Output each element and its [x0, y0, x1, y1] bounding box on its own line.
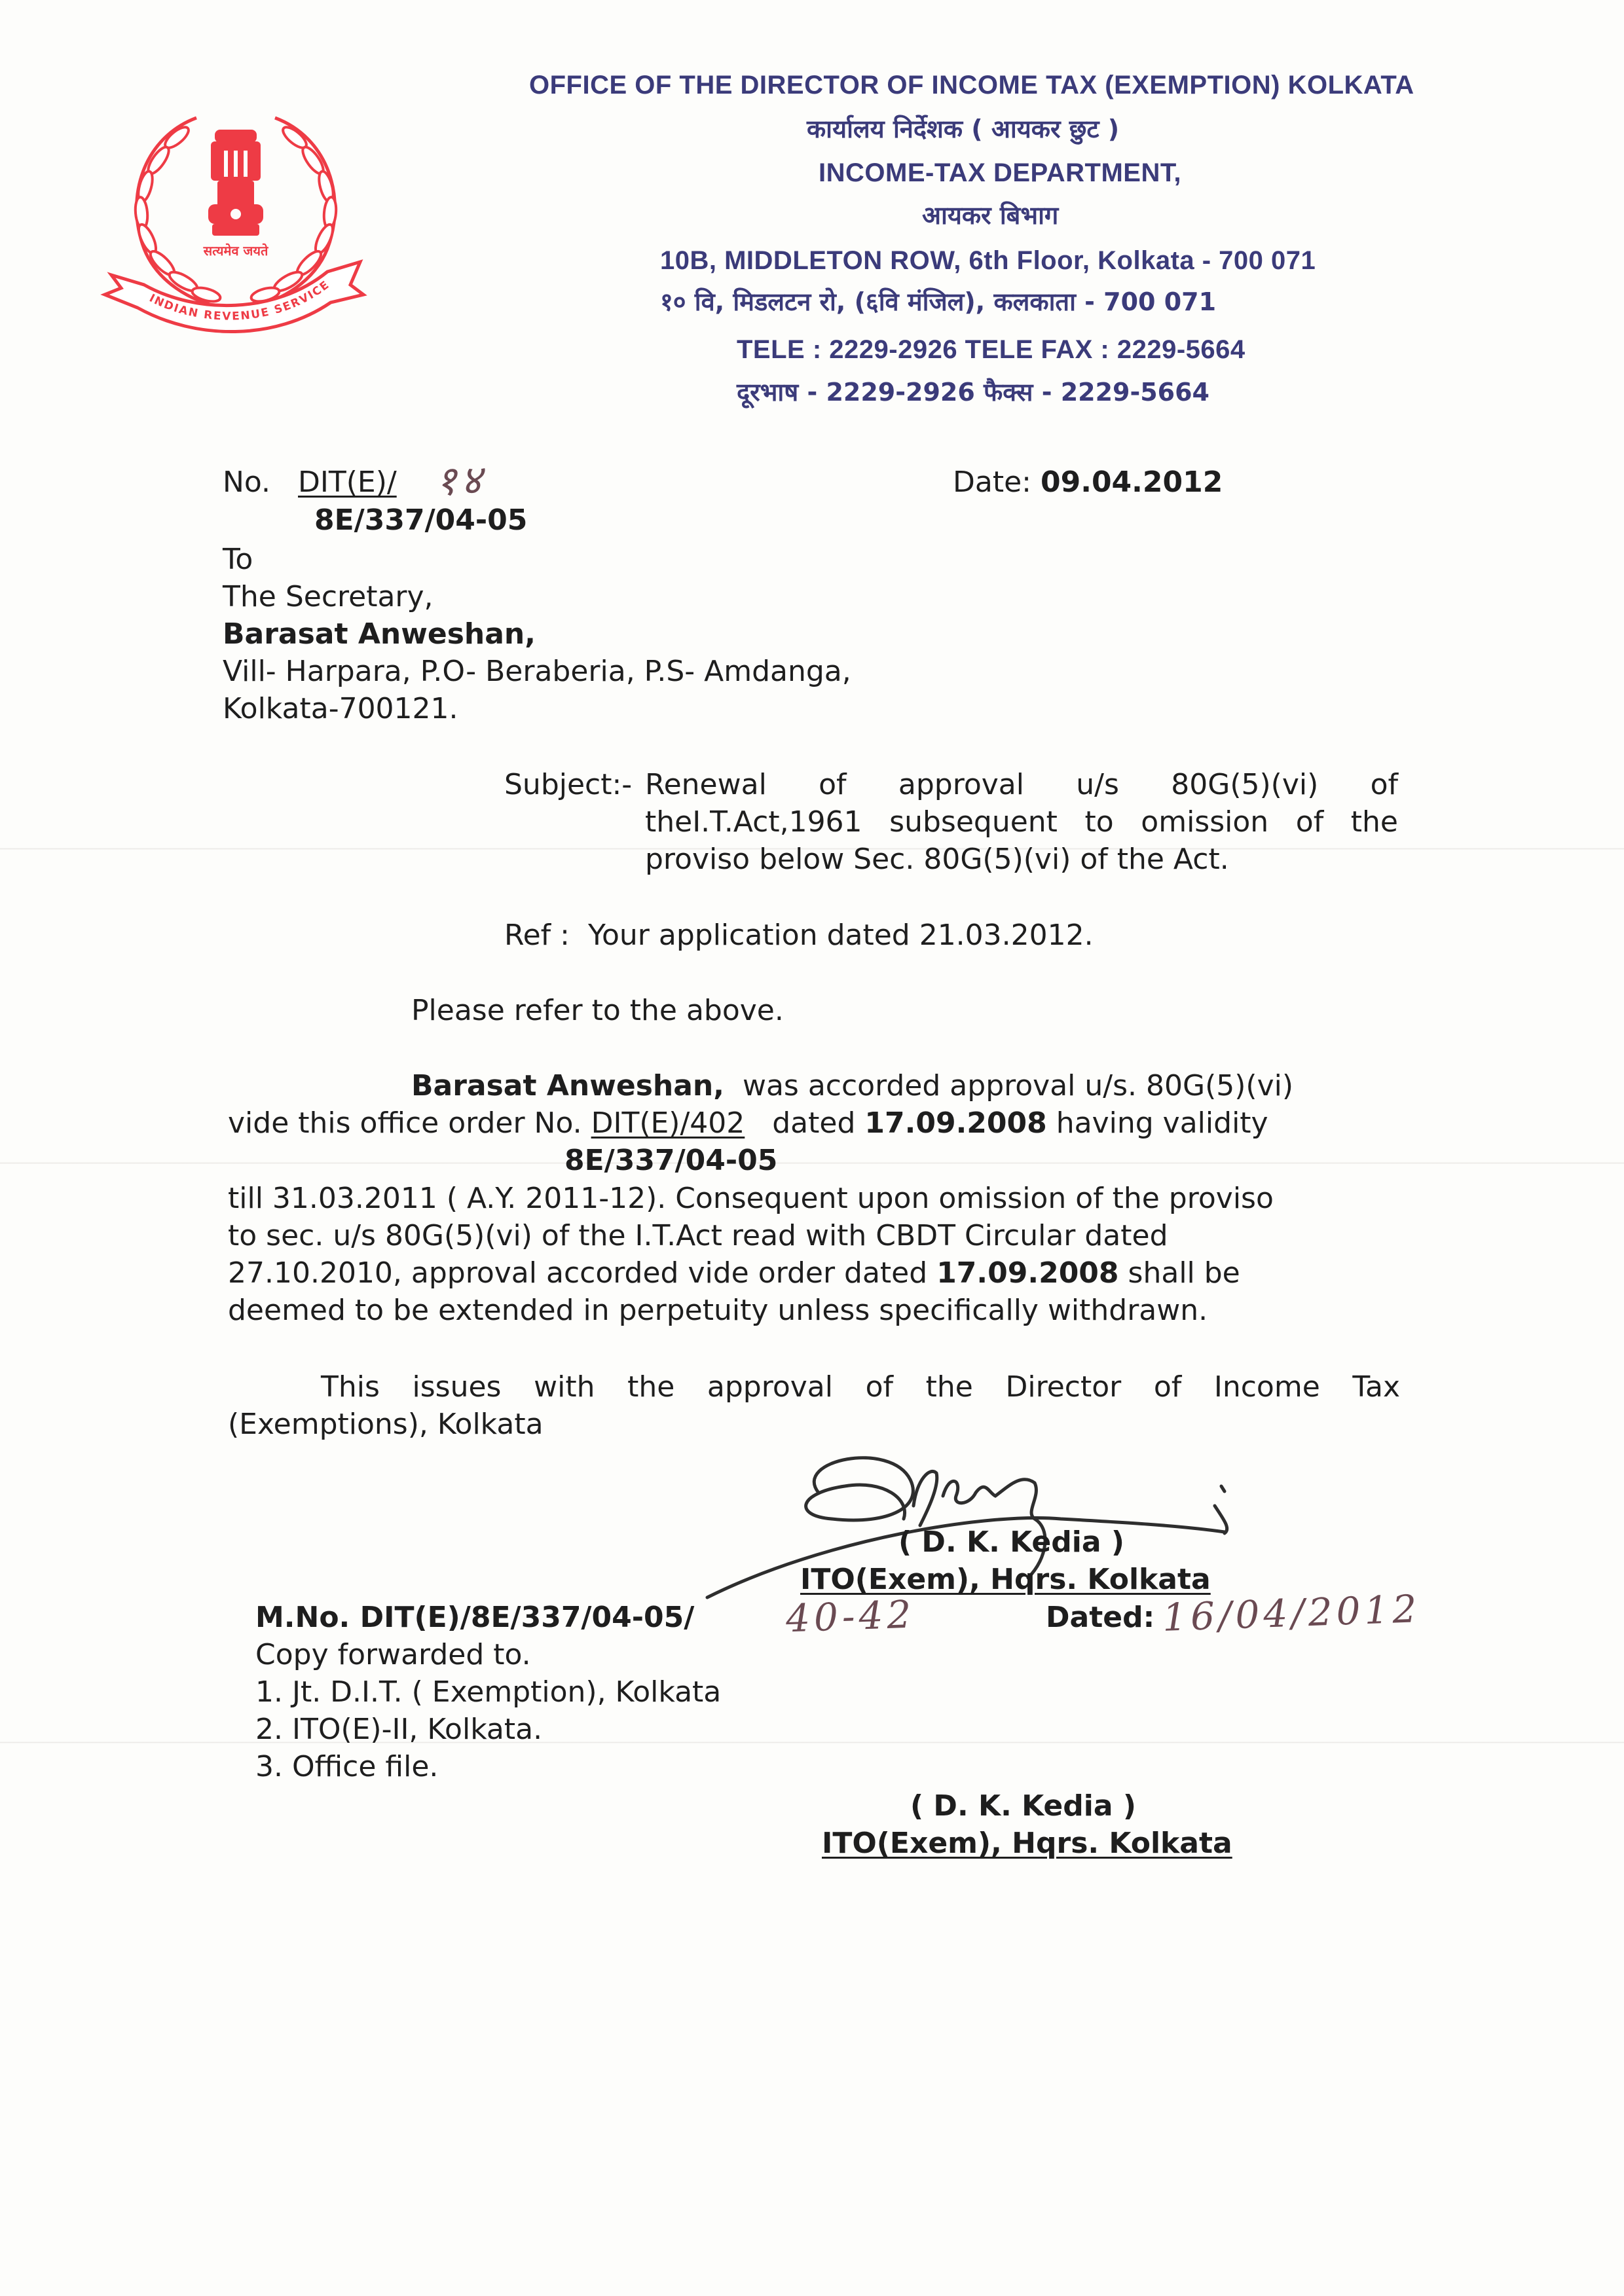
body-order-number: DIT(E)/402	[591, 1106, 745, 1140]
body-line-2-text-a: vide this office order No.	[228, 1106, 582, 1140]
signatory-name: ( D. K. Kedia )	[898, 1523, 1124, 1561]
subject-label: Subject:-	[504, 766, 632, 803]
office-address-en: 10B, MIDDLETON ROW, 6th Floor, Kolkata -…	[660, 246, 1316, 276]
body-line-2: vide this office order No. DIT(E)/402 da…	[228, 1104, 1268, 1142]
addressee-to: To	[223, 541, 253, 578]
body-file-number: 8E/337/04-05	[564, 1142, 777, 1179]
body-line-4: to sec. u/s 80G(5)(vi) of the I.T.Act re…	[228, 1217, 1168, 1254]
department-title-hi: आयकर बिभाग	[922, 198, 1058, 232]
reference-file-number: 8E/337/04-05	[314, 501, 527, 539]
salutation: Please refer to the above.	[411, 992, 784, 1029]
body-order-date: 17.09.2008	[864, 1106, 1046, 1140]
memo-number: M.No. DIT(E)/8E/337/04-05/	[255, 1599, 694, 1636]
addressee-address-line2: Kolkata-700121.	[223, 690, 458, 727]
paper-fold	[0, 1162, 1624, 1164]
copy-recipient: 2. ITO(E)-II, Kolkata.	[255, 1711, 542, 1748]
emblem-motto: सत्यमेव जयते	[203, 243, 269, 259]
office-phone-hi: दूरभाष - 2229-2926 फैक्स - 2229-5664	[737, 374, 1209, 409]
letter-date: Date: 09.04.2012	[953, 464, 1223, 501]
body-line-5-text-a: 27.10.2010, approval accorded vide order…	[228, 1256, 927, 1290]
subject-line-1: Renewal of approval u/s 80G(5)(vi) of	[645, 766, 1398, 803]
handwritten-memo-number: 40-42	[785, 1592, 915, 1641]
addressee-title: The Secretary,	[223, 578, 434, 615]
addressee-address-line1: Vill- Harpara, P.O- Beraberia, P.S- Amda…	[223, 653, 851, 690]
body-line-3: till 31.03.2011 ( A.Y. 2011-12). Consequ…	[228, 1180, 1274, 1217]
body-line-5: 27.10.2010, approval accorded vide order…	[228, 1254, 1240, 1292]
signatory2-name: ( D. K. Kedia )	[910, 1787, 1136, 1825]
reference-no-label: No.	[223, 465, 270, 499]
body-line-6: deemed to be extended in perpetuity unle…	[228, 1292, 1208, 1329]
signatory2-designation: ITO(Exem), Hqrs. Kolkata	[822, 1825, 1232, 1862]
reference-no-prefix: DIT(E)/	[298, 465, 397, 499]
signatory-designation: ITO(Exem), Hqrs. Kolkata	[800, 1561, 1211, 1598]
body-line-1-text: was accorded approval u/s. 80G(5)(vi)	[743, 1069, 1293, 1102]
copy-recipient: 3. Office file.	[255, 1748, 438, 1785]
memo-dated-label: Dated:	[1046, 1599, 1154, 1636]
ref-line: Ref : Your application dated 21.03.2012.	[504, 917, 1094, 954]
office-title-en: OFFICE OF THE DIRECTOR OF INCOME TAX (EX…	[529, 71, 1414, 100]
body-org-name: Barasat Anweshan,	[411, 1069, 724, 1102]
letter-date-label: Date:	[953, 465, 1031, 499]
paper-fold	[0, 1741, 1624, 1743]
body-line-1: Barasat Anweshan, was accorded approval …	[411, 1067, 1293, 1104]
ref-text: Your application dated 21.03.2012.	[588, 919, 1094, 952]
handwritten-reference-number: १४	[435, 451, 487, 508]
handwritten-memo-date: 16/04/2012	[1162, 1586, 1421, 1640]
subject-line-2: theI.T.Act,1961 subsequent to omission o…	[645, 803, 1398, 841]
addressee-name: Barasat Anweshan,	[223, 615, 536, 653]
body-line-5-text-b: shall be	[1128, 1256, 1240, 1290]
office-title-hi: कार्यालय निर्देशक ( आयकर छुट )	[807, 111, 1119, 145]
reference-number: No. DIT(E)/	[223, 464, 397, 501]
department-title-en: INCOME-TAX DEPARTMENT,	[819, 158, 1181, 188]
ashoka-emblem-icon: सत्यमेव जयते INDIAN REVENUE SERVICE	[98, 98, 373, 340]
approval-line-1: This issues with the approval of the Dir…	[321, 1368, 1400, 1406]
copy-forwarded-label: Copy forwarded to.	[255, 1636, 531, 1673]
copy-recipient: 1. Jt. D.I.T. ( Exemption), Kolkata	[255, 1673, 721, 1711]
office-phone-en: TELE : 2229-2926 TELE FAX : 2229-5664	[737, 335, 1246, 365]
subject-line-3: proviso below Sec. 80G(5)(vi) of the Act…	[645, 841, 1229, 878]
body-order-date-2: 17.09.2008	[936, 1256, 1118, 1290]
body-line-2-text-c: having validity	[1056, 1106, 1268, 1140]
ref-label: Ref :	[504, 919, 570, 952]
letter-date-value: 09.04.2012	[1041, 465, 1223, 499]
office-address-hi: १० वि, मिडलटन रो, (६वि मंजिल), कलकाता - …	[660, 284, 1216, 318]
approval-line-2: (Exemptions), Kolkata	[228, 1406, 544, 1443]
body-line-2-text-b: dated	[772, 1106, 855, 1140]
